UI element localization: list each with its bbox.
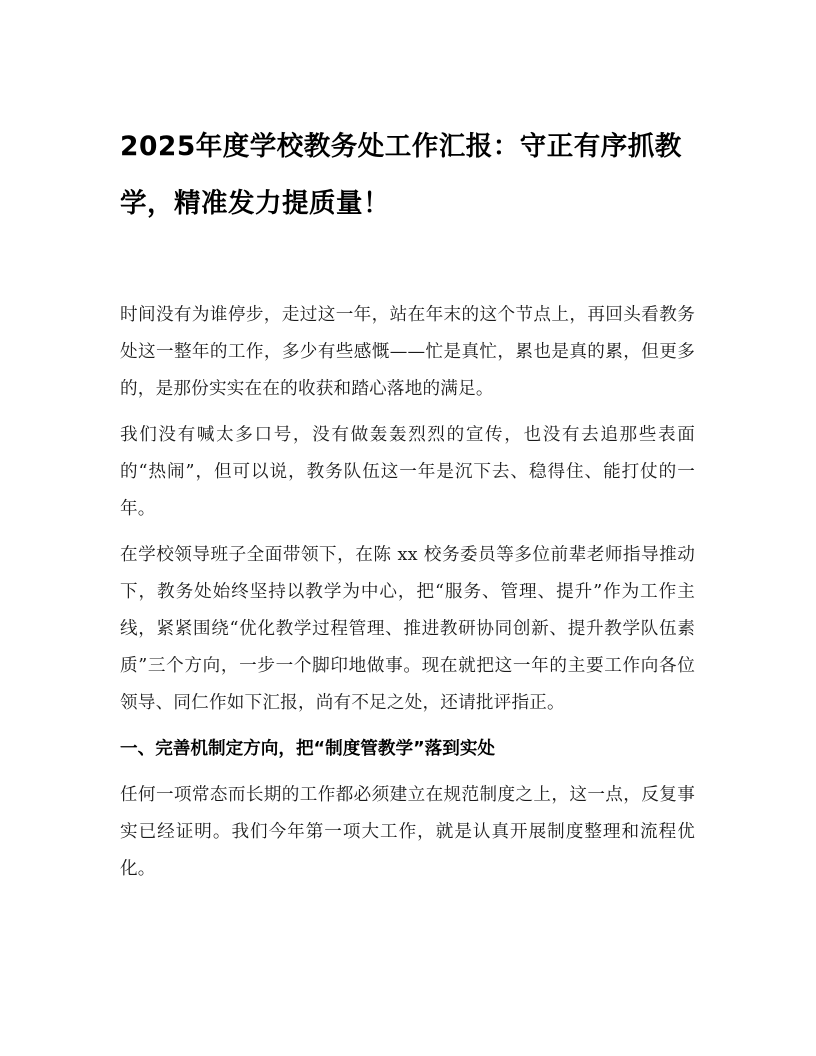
intro-paragraph-1: 时间没有为谁停步，走过这一年，站在年末的这个节点上，再回头看教务处这一整年的工作… xyxy=(120,297,695,408)
document-page: 2025年度学校教务处工作汇报：守正有序抓教学，精准发力提质量！ 时间没有为谁停… xyxy=(120,118,695,897)
section-1-paragraph: 任何一项常态而长期的工作都必须建立在规范制度之上，这一点，反复事实已经证明。我们… xyxy=(120,777,695,888)
section-heading-1: 一、完善机制定方向，把“制度管教学”落到实处 xyxy=(120,731,695,768)
intro-paragraph-3: 在学校领导班子全面带领下，在陈 xx 校务委员等多位前辈老师指导推动下，教务处始… xyxy=(120,537,695,722)
document-title: 2025年度学校教务处工作汇报：守正有序抓教学，精准发力提质量！ xyxy=(120,118,695,232)
intro-paragraph-2: 我们没有喊太多口号，没有做轰轰烈烈的宣传，也没有去追那些表面的“热闹”，但可以说… xyxy=(120,417,695,528)
